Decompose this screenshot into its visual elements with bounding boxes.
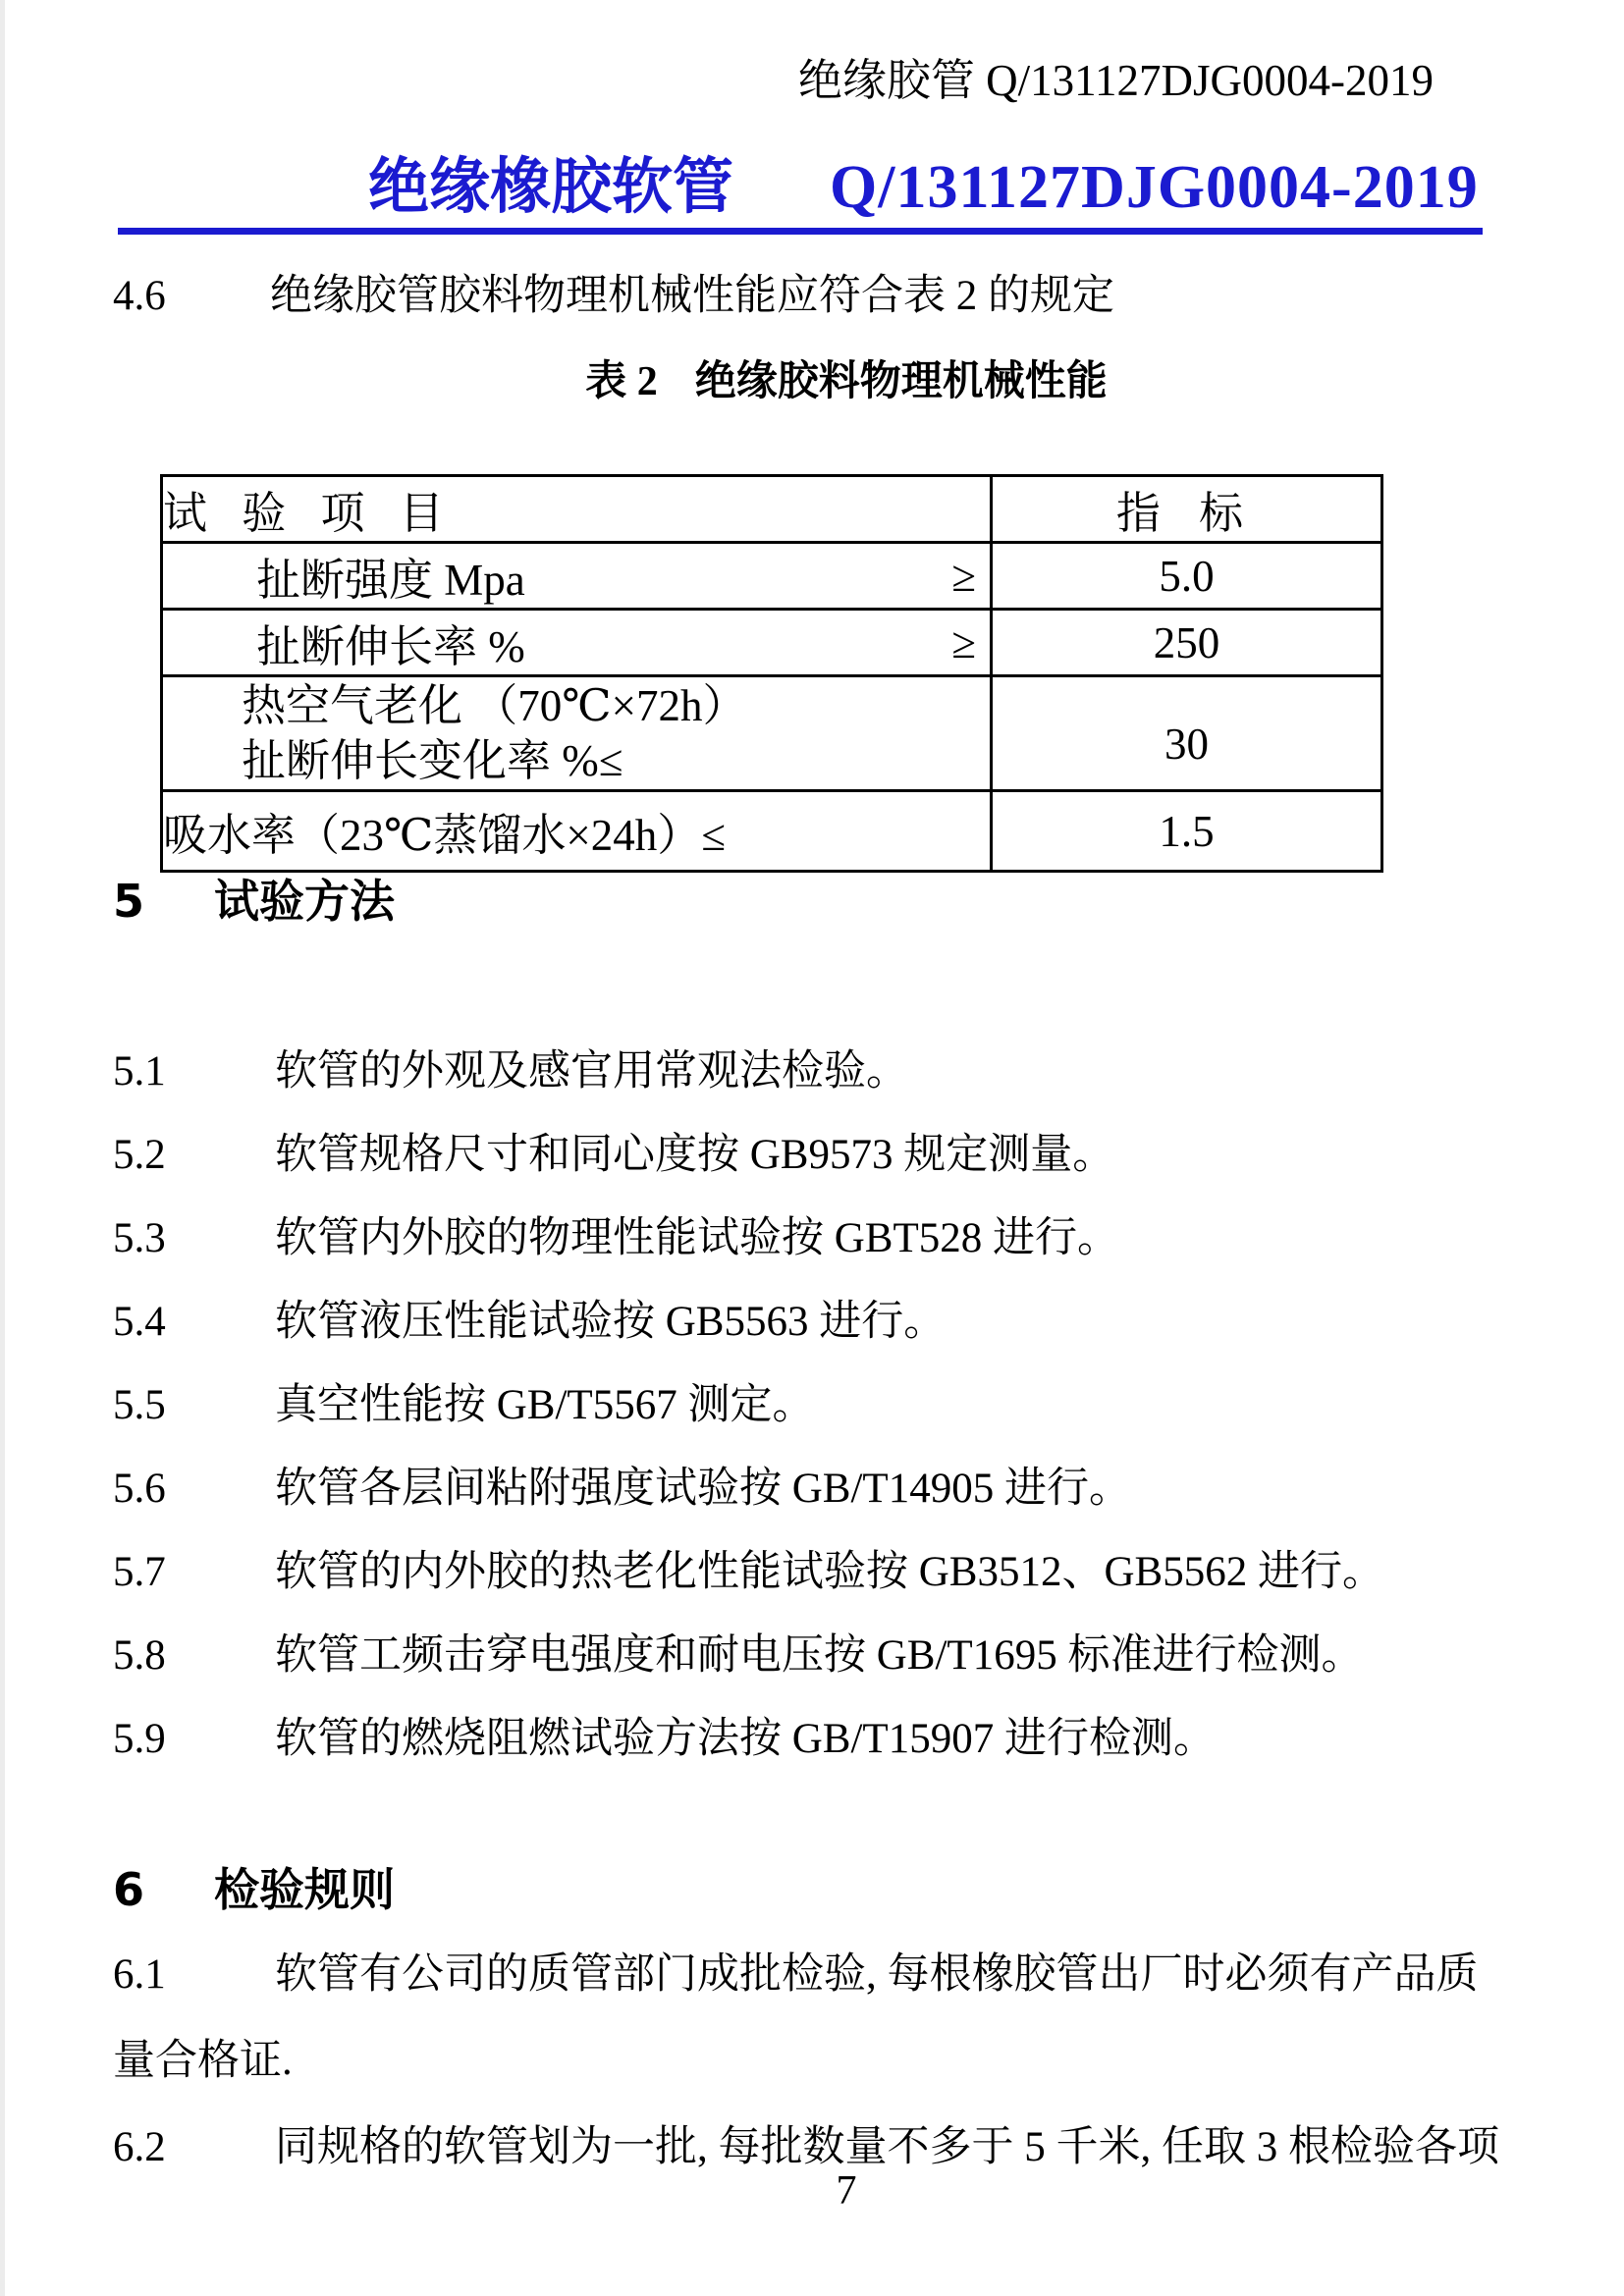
list-item: 5.7软管的内外胶的热老化性能试验按 GB3512、GB5562 进行。 (113, 1551, 1384, 1593)
item-text: 同规格的软管划为一批, 每批数量不多于 5 千米, 任取 3 根检验各项 (275, 2124, 1499, 2170)
section-5-items: 5.1软管的外观及感官用常观法检验。 5.2软管规格尺寸和同心度按 GB9573… (113, 1050, 1384, 1801)
cell-index-value: 250 (992, 610, 1382, 676)
cell-test-item: 扯断强度 Mpa ≥ (162, 543, 992, 610)
cell-test-item: 热空气老化 （70℃×72h） 扯断伸长变化率 %≤ (162, 676, 992, 791)
table-row-header: 试 验 项 目 指 标 (162, 476, 1382, 543)
item-text: 软管的外观及感官用常观法检验。 (275, 1048, 908, 1095)
cell-test-item: 扯断伸长率 % ≥ (162, 610, 992, 676)
list-item: 5.2软管规格尺寸和同心度按 GB9573 规定测量。 (113, 1134, 1384, 1176)
item-number: 6.2 (113, 2126, 275, 2168)
document-page: 绝缘胶管 Q/131127DJG0004-2019 绝缘橡胶软管 Q/13112… (0, 0, 1624, 2296)
table-2-caption-number: 表 2 (585, 359, 658, 404)
table-row: 热空气老化 （70℃×72h） 扯断伸长变化率 %≤ 30 (162, 676, 1382, 791)
test-item-text: 扯断伸长率 % (256, 611, 525, 674)
item-number: 5.9 (113, 1718, 275, 1760)
item-text: 软管的燃烧阻燃试验方法按 GB/T15907 进行检测。 (275, 1716, 1216, 1762)
table-2-caption: 表 2绝缘胶料物理机械性能 (0, 348, 1624, 407)
title-product-name: 绝缘橡胶软管 (368, 157, 733, 218)
item-number: 5.4 (113, 1301, 275, 1343)
clause-4-6-text: 绝缘胶管胶料物理机械性能应符合表 2 的规定 (270, 273, 1114, 319)
item-text: 软管规格尺寸和同心度按 GB9573 规定测量。 (275, 1132, 1114, 1178)
index-value-text: 30 (993, 719, 1380, 789)
clause-6-1: 6.1软管有公司的质管部门成批检验, 每根橡胶管出厂时必须有产品质 (113, 1953, 1479, 1996)
item-text: 软管各层间粘附强度试验按 GB/T14905 进行。 (275, 1466, 1131, 1512)
table-2: 试 验 项 目 指 标 扯断强度 Mpa ≥ 5.0 扯断伸长率 % ≥ (160, 474, 1383, 873)
item-text: 真空性能按 GB/T5567 测定。 (275, 1382, 814, 1428)
clause-4-6: 4.6绝缘胶管胶料物理机械性能应符合表 2 的规定 (113, 273, 1114, 319)
item-text: 软管液压性能试验按 GB5563 进行。 (275, 1299, 946, 1345)
item-number: 5.1 (113, 1050, 275, 1093)
test-item-text-line2: 扯断伸长变化率 %≤ (242, 733, 990, 788)
page-number: 7 (0, 2167, 1624, 2215)
item-text: 软管内外胶的物理性能试验按 GBT528 进行。 (275, 1215, 1119, 1261)
table-2-caption-title: 绝缘胶料物理机械性能 (695, 359, 1108, 404)
section-5-title: 试验方法 (214, 875, 395, 928)
table-row: 吸水率（23℃蒸馏水×24h）≤ 1.5 (162, 791, 1382, 872)
ge-symbol: ≥ (951, 617, 976, 668)
section-6-title: 检验规则 (214, 1863, 395, 1916)
item-number: 5.8 (113, 1634, 275, 1677)
clause-6-2: 6.2同规格的软管划为一批, 每批数量不多于 5 千米, 任取 3 根检验各项 (113, 2126, 1499, 2168)
item-number: 5.6 (113, 1468, 275, 1510)
item-text: 软管的内外胶的热老化性能试验按 GB3512、GB5562 进行。 (275, 1549, 1384, 1595)
list-item: 5.1软管的外观及感官用常观法检验。 (113, 1050, 1384, 1093)
test-item-text-line1: 热空气老化 （70℃×72h） (242, 678, 990, 733)
header-cell-test-item: 试 验 项 目 (162, 476, 992, 543)
list-item: 5.5真空性能按 GB/T5567 测定。 (113, 1384, 1384, 1426)
clause-6-1-continuation: 量合格证. (113, 2040, 293, 2082)
ge-symbol: ≥ (951, 551, 976, 602)
table-row: 扯断强度 Mpa ≥ 5.0 (162, 543, 1382, 610)
cell-index-value: 30 (992, 676, 1382, 791)
running-header-doc-ref: 绝缘胶管 Q/131127DJG0004-2019 (798, 57, 1434, 106)
section-5-heading: 5试验方法 (113, 877, 395, 927)
item-number: 5.2 (113, 1134, 275, 1176)
section-6-number: 6 (113, 1865, 214, 1915)
section-5-number: 5 (113, 877, 214, 927)
list-item: 5.8软管工频击穿电强度和耐电压按 GB/T1695 标准进行检测。 (113, 1634, 1384, 1677)
item-number: 5.5 (113, 1384, 275, 1426)
item-number: 6.1 (113, 1953, 275, 1996)
item-text: 软管工频击穿电强度和耐电压按 GB/T1695 标准进行检测。 (275, 1632, 1363, 1679)
header-cell-index: 指 标 (992, 476, 1382, 543)
title-standard-code: Q/131127DJG0004-2019 (830, 157, 1479, 218)
list-item: 5.9软管的燃烧阻燃试验方法按 GB/T15907 进行检测。 (113, 1718, 1384, 1760)
cell-test-item: 吸水率（23℃蒸馏水×24h）≤ (162, 791, 992, 872)
scan-edge-artifact (0, 0, 5, 2296)
list-item: 5.6软管各层间粘附强度试验按 GB/T14905 进行。 (113, 1468, 1384, 1510)
item-text: 软管有公司的质管部门成批检验, 每根橡胶管出厂时必须有产品质 (275, 1951, 1479, 1998)
test-item-text: 扯断强度 Mpa (256, 544, 525, 608)
cell-index-value: 1.5 (992, 791, 1382, 872)
item-number: 5.3 (113, 1217, 275, 1259)
item-number: 5.7 (113, 1551, 275, 1593)
title-band: 绝缘橡胶软管 Q/131127DJG0004-2019 (118, 157, 1483, 235)
list-item: 5.3软管内外胶的物理性能试验按 GBT528 进行。 (113, 1217, 1384, 1259)
table-row: 扯断伸长率 % ≥ 250 (162, 610, 1382, 676)
cell-index-value: 5.0 (992, 543, 1382, 610)
section-6-heading: 6检验规则 (113, 1865, 395, 1915)
list-item: 5.4软管液压性能试验按 GB5563 进行。 (113, 1301, 1384, 1343)
clause-4-6-number: 4.6 (113, 273, 270, 319)
